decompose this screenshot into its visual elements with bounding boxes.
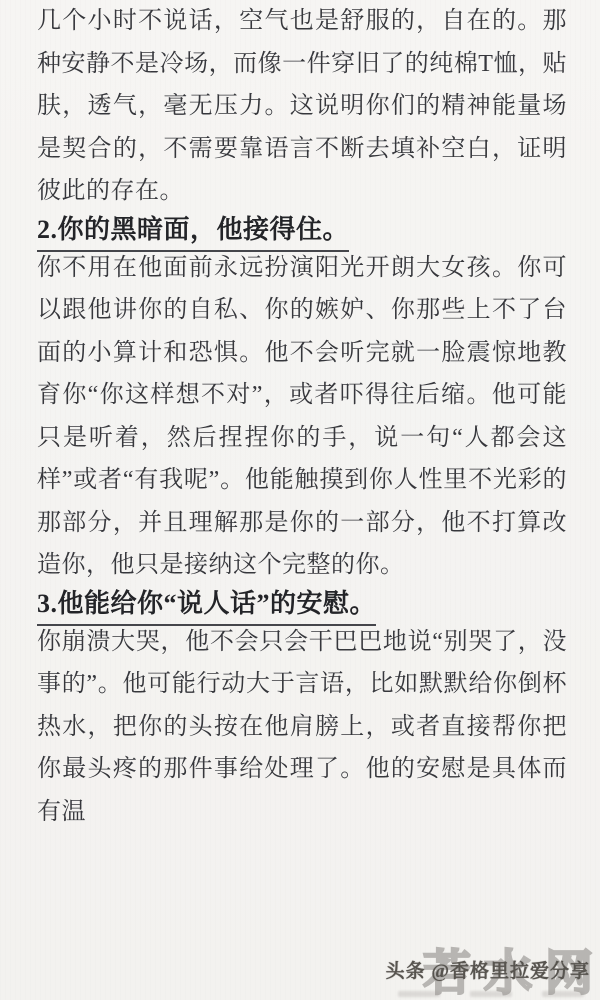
section-heading-3-text: 3.他能给你“说人话”的安慰。 (37, 589, 376, 626)
section-heading-3: 3.他能给你“说人话”的安慰。 (37, 587, 567, 621)
faint-mark (470, 991, 512, 997)
faint-mark (542, 991, 584, 997)
section-heading-2: 2.你的黑暗面，他接得住。 (37, 213, 567, 247)
section-2-paragraph: 你不用在他面前永远扮演阳光开朗大女孩。你可以跟他讲你的自私、你的嫉妒、你那些上不… (37, 247, 567, 587)
section-heading-2-text: 2.你的黑暗面，他接得住。 (37, 215, 349, 252)
article-page: 几个小时不说话，空气也是舒服的，自在的。那种安静不是冷场，而像一件穿旧了的纯棉T… (0, 0, 600, 1000)
faint-mark (398, 991, 440, 997)
byline-credit: 头条 @香格里拉爱分享 (386, 956, 590, 983)
faint-watermark-marks (398, 991, 584, 997)
intro-paragraph: 几个小时不说话，空气也是舒服的，自在的。那种安静不是冷场，而像一件穿旧了的纯棉T… (37, 0, 567, 213)
article-content: 几个小时不说话，空气也是舒服的，自在的。那种安静不是冷场，而像一件穿旧了的纯棉T… (0, 0, 600, 833)
section-3-paragraph: 你崩溃大哭，他不会只会干巴巴地说“别哭了，没事的”。他可能行动大于言语，比如默默… (37, 621, 567, 834)
